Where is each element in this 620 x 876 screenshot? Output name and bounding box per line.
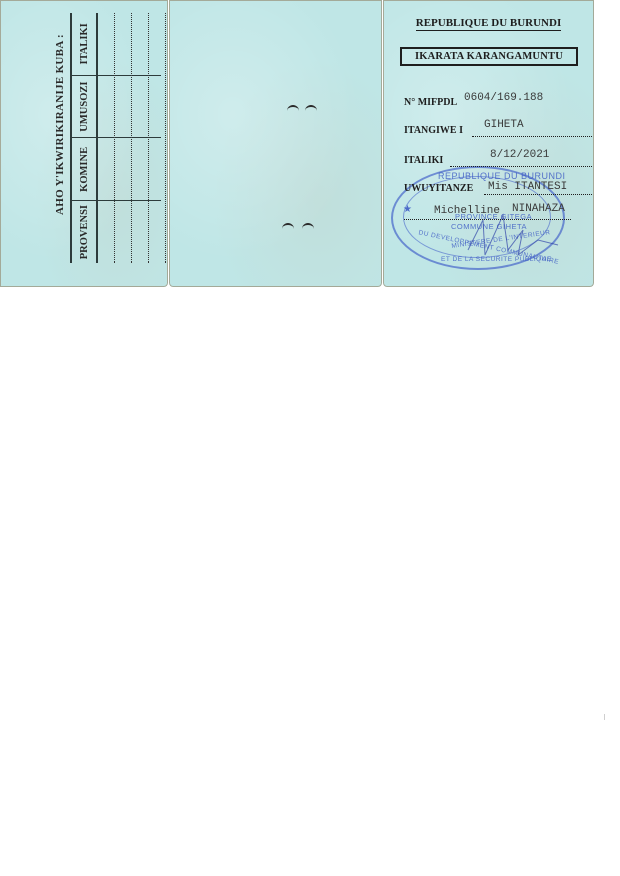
field-date: ITALIKI 8/12/2021 <box>404 155 443 166</box>
address-panel: AHO Y'IKWIRIKIRANIJE KUBA : PROVENSI KOM… <box>0 0 168 287</box>
blank-line <box>131 13 132 263</box>
blank-line <box>114 13 115 263</box>
country-title: REPUBLIQUE DU BURUNDI <box>383 17 594 29</box>
scan-mark <box>604 714 605 720</box>
id-panel: REPUBLIQUE DU BURUNDI IKARATA KARANGAMUN… <box>383 0 594 287</box>
field-signatory-name: Michelline NINAHAZA <box>404 205 574 221</box>
blank-line <box>148 13 149 263</box>
staple-icon <box>302 223 314 230</box>
staple-icon <box>305 105 317 112</box>
address-title: AHO Y'IKWIRIKIRANIJE KUBA : <box>54 34 66 215</box>
identity-card: AHO Y'IKWIRIKIRANIJE KUBA : PROVENSI KOM… <box>0 0 596 288</box>
field-signatory: UWUYITANZE Mis ITANTESI <box>404 183 473 194</box>
staple-icon <box>282 223 294 230</box>
card-title: IKARATA KARANGAMUNTU <box>400 47 578 66</box>
blank-line <box>165 13 166 263</box>
field-number: N° MIFPDL 0604/169.188 <box>404 97 457 108</box>
field-issued-at: ITANGIWE I GIHETA <box>404 125 463 136</box>
staple-icon <box>287 105 299 112</box>
blank-panel <box>169 0 382 287</box>
